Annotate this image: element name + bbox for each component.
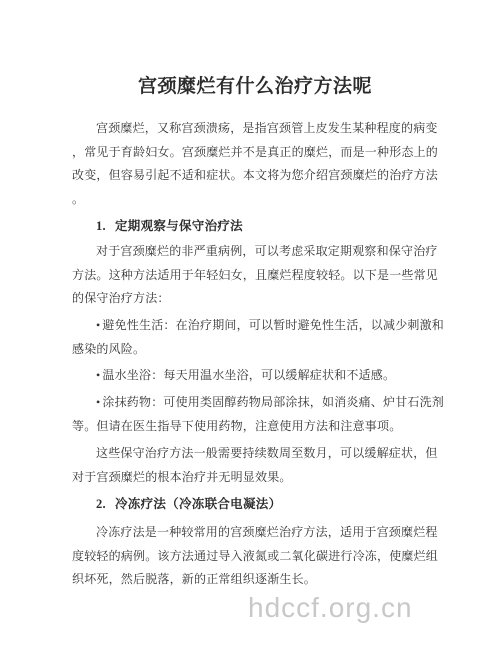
text-line: 改变，但容易引起不适和症状。本文将为您介绍宫颈糜烂的治疗方法 — [72, 164, 438, 188]
text-line: 等。但请在医生指导下使用药物，注意使用方法和注意事项。 — [72, 415, 438, 439]
document-page: 宫颈糜烂有什么治疗方法呢 宫颈糜烂，又称宫颈溃疡，是指宫颈管上皮发生某种程度的病… — [0, 0, 500, 647]
text-line: 对于宫颈糜烂的根本治疗并无明显效果。 — [72, 466, 438, 490]
bullet-item-avoid-sex: •避免性生活：在治疗期间，可以暂时避免性生活，以减少刺激和 感染的风险。 — [72, 314, 438, 361]
bullet-icon: • — [96, 395, 100, 409]
text-line: 的保守治疗方法： — [72, 287, 438, 311]
bullet-icon: • — [96, 318, 100, 332]
bullet-item-warm-bath: •温水坐浴：每天用温水坐浴，可以缓解症状和不适感。 — [72, 364, 438, 388]
section-1-closing-paragraph: 这些保守治疗方法一般需要持续数周至数月，可以缓解症状，但 对于宫颈糜烂的根本治疗… — [72, 442, 438, 489]
intro-paragraph: 宫颈糜烂，又称宫颈溃疡，是指宫颈管上皮发生某种程度的病变 ，常见于育龄妇女。宫颈… — [72, 117, 438, 212]
page-title: 宫颈糜烂有什么治疗方法呢 — [72, 74, 438, 100]
text-line: 方法。这种方法适用于年轻妇女，且糜烂程度较轻。以下是一些常见 — [72, 264, 438, 288]
section-1-heading: 1.定期观察与保守治疗法 — [72, 214, 438, 238]
section-2-number: 2. — [96, 497, 106, 511]
section-2-title: 冷冻疗法（冷冻联合电凝法） — [115, 497, 281, 511]
bullet-item-apply-medicine: •涂抹药物：可使用类固醇药物局部涂抹，如消炎痛、炉甘石洗剂 等。但请在医生指导下… — [72, 391, 438, 438]
text-line: 这些保守治疗方法一般需要持续数周至数月，可以缓解症状，但 — [72, 442, 438, 466]
text-line: •涂抹药物：可使用类固醇药物局部涂抹，如消炎痛、炉甘石洗剂 — [72, 391, 438, 415]
text-line: 感染的风险。 — [72, 338, 438, 362]
bullet-text: 温水坐浴：每天用温水坐浴，可以缓解症状和不适感。 — [102, 368, 395, 382]
section-1-lead-paragraph: 对于宫颈糜烂的非严重病例，可以考虑采取定期观察和保守治疗 方法。这种方法适用于年… — [72, 240, 438, 311]
section-2-heading: 2.冷冻疗法（冷冻联合电凝法） — [72, 492, 438, 516]
section-1-title: 定期观察与保守治疗法 — [115, 219, 243, 233]
bullet-text: 涂抹药物：可使用类固醇药物局部涂抹，如消炎痛、炉甘石洗剂 — [102, 395, 444, 409]
text-line: 度较轻的病例。该方法通过导入液氮或二氧化碳进行冷冻，使糜烂组 — [72, 545, 438, 569]
text-line: 对于宫颈糜烂的非严重病例，可以考虑采取定期观察和保守治疗 — [72, 240, 438, 264]
text-line: 。 — [72, 188, 438, 212]
text-line: 织坏死，然后脱落，新的正常组织逐渐生长。 — [72, 568, 438, 592]
section-1-number: 1. — [96, 219, 106, 233]
watermark: hdccf.org.cn — [248, 592, 413, 624]
bullet-text: 避免性生活：在治疗期间，可以暂时避免性生活，以减少刺激和 — [102, 318, 444, 332]
text-line: 冷冻疗法是一种较常用的宫颈糜烂治疗方法，适用于宫颈糜烂程 — [72, 521, 438, 545]
text-line: 宫颈糜烂，又称宫颈溃疡，是指宫颈管上皮发生某种程度的病变 — [72, 117, 438, 141]
section-2-paragraph: 冷冻疗法是一种较常用的宫颈糜烂治疗方法，适用于宫颈糜烂程 度较轻的病例。该方法通… — [72, 521, 438, 592]
bullet-icon: • — [96, 368, 100, 382]
text-line: •温水坐浴：每天用温水坐浴，可以缓解症状和不适感。 — [72, 364, 438, 388]
text-line: ，常见于育龄妇女。宫颈糜烂并不是真正的糜烂，而是一种形态上的 — [72, 141, 438, 165]
text-line: •避免性生活：在治疗期间，可以暂时避免性生活，以减少刺激和 — [72, 314, 438, 338]
